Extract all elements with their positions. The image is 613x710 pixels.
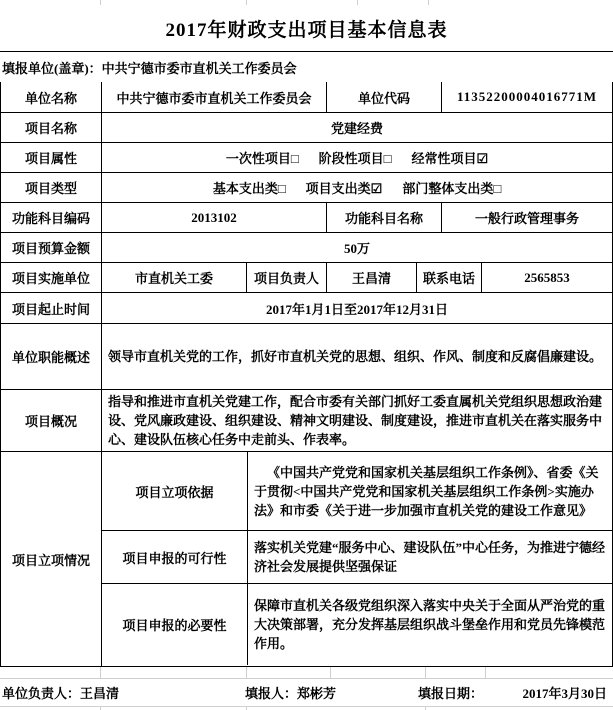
func-code-value: 2013102 <box>101 203 326 232</box>
info-table: 单位名称 中共宁德市委市直机关工作委员会 单位代码 11352200004016… <box>0 82 613 667</box>
fill-unit-label: 填报单位(盖章)： <box>2 58 102 77</box>
gridline-tick <box>246 0 247 5</box>
form-page: 2017年财政支出项目基本信息表 填报单位(盖章)： 中共宁德市委市直机关工作委… <box>0 0 613 710</box>
unit-code-value: 11352200004016771M <box>441 82 612 112</box>
func-name-label: 功能科目名称 <box>326 203 441 232</box>
gridline-tick <box>428 0 429 5</box>
checkbox-option[interactable]: 部门整体支出类□ <box>402 178 501 197</box>
basis-text: 《中国共产党党和国家机关基层组织工作条例》、省委《关于贯彻<中国共产党党和国家机… <box>252 462 608 521</box>
gridline-tick <box>425 667 426 678</box>
func-name-value: 一般行政管理事务 <box>441 203 612 232</box>
checkbox-option[interactable]: 经常性项目☑ <box>412 148 489 167</box>
gridline-tick <box>485 667 486 678</box>
leader-value: 王昌清 <box>326 263 416 292</box>
fill-unit-value: 中共宁德市委市直机关工作委员会 <box>102 58 297 77</box>
row-budget: 项目预算金额 50万 <box>1 232 612 262</box>
feasibility-text: 落实机关党建“服务中心、建设队伍”中心任务，为推进宁德经济社会发展提供坚强保证 <box>252 537 608 577</box>
row-feasibility: 项目申报的可行性 落实机关党建“服务中心、建设队伍”中心任务，为推进宁德经济社会… <box>102 530 612 583</box>
top-gridline-strip <box>0 0 613 5</box>
row-unit-name: 单位名称 中共宁德市委市直机关工作委员会 单位代码 11352200004016… <box>1 82 612 112</box>
period-label: 项目起止时间 <box>1 293 101 323</box>
unit-head-segment: 单位负责人：王昌清 <box>0 683 245 702</box>
unit-name-value: 中共宁德市委市直机关工作委员会 <box>101 82 326 112</box>
budget-value: 50万 <box>101 233 612 262</box>
filler-value: 郑彬芳 <box>297 686 336 701</box>
overview-text: 指导和推进市直机关党建工作，配合市委有关部门抓好工委直属机关党组织思想政治建设、… <box>106 391 608 450</box>
func-code-label: 功能科目编码 <box>1 203 101 232</box>
budget-label: 项目预算金额 <box>1 233 101 262</box>
row-project-attr: 项目属性 一次性项目□阶段性项目□经常性项目☑ <box>1 142 612 172</box>
impl-unit-value: 市直机关工委 <box>101 263 246 292</box>
project-name-label: 项目名称 <box>1 113 101 142</box>
necessity-label: 项目申报的必要性 <box>102 584 247 665</box>
unit-code-label: 单位代码 <box>326 82 441 112</box>
checkbox-option[interactable]: 阶段性项目□ <box>319 148 392 167</box>
basis-label: 项目立项依据 <box>102 452 247 530</box>
row-necessity: 项目申报的必要性 保障市直机关各级党组织深入落实中央关于全面从严治党的重大决策部… <box>102 583 612 665</box>
unit-head-value: 王昌清 <box>80 686 119 701</box>
filler-segment: 填报人：郑彬芳 <box>245 683 418 702</box>
gridline-tick <box>100 667 101 678</box>
row-project-type: 项目类型 基本支出类□项目支出类☑部门整体支出类□ <box>1 172 612 202</box>
basis-text-cell: 《中国共产党党和国家机关基层组织工作条例》、省委《关于贯彻<中国共产党党和国家机… <box>247 452 612 530</box>
duty-label: 单位职能概述 <box>1 324 101 389</box>
project-type-options: 基本支出类□项目支出类☑部门整体支出类□ <box>101 173 612 202</box>
gridline-tick <box>246 667 247 678</box>
overview-text-cell: 指导和推进市直机关党建工作，配合市委有关部门抓好工委直属机关党组织思想政治建设、… <box>101 390 612 451</box>
row-project-name: 项目名称 党建经费 <box>1 112 612 142</box>
date-value: 2017年3月30日 <box>493 683 613 702</box>
filler-label: 填报人： <box>245 686 297 701</box>
row-overview: 项目概况 指导和推进市直机关党建工作，配合市委有关部门抓好工委直属机关党组织思想… <box>1 389 612 451</box>
checkbox-option[interactable]: 项目支出类☑ <box>306 178 383 197</box>
row-period: 项目起止时间 2017年1月1日至2017年12月31日 <box>1 292 612 323</box>
feasibility-label: 项目申报的可行性 <box>102 531 247 583</box>
necessity-text-cell: 保障市直机关各级党组织深入落实中央关于全面从严治党的重大决策部署，充分发挥基层组… <box>247 584 612 665</box>
approval-label: 项目立项情况 <box>1 452 101 666</box>
project-attr-label: 项目属性 <box>1 143 101 172</box>
project-name-value: 党建经费 <box>101 113 612 142</box>
below-table-area: 单位负责人：王昌清 填报人：郑彬芳 填报日期： 2017年3月30日 <box>0 667 613 710</box>
row-func-subject: 功能科目编码 2013102 功能科目名称 一般行政管理事务 <box>1 202 612 232</box>
phone-value: 2565853 <box>481 263 612 292</box>
impl-unit-label: 项目实施单位 <box>1 263 101 292</box>
unit-name-label: 单位名称 <box>1 82 101 112</box>
leader-label: 项目负责人 <box>246 263 326 292</box>
signature-row: 单位负责人：王昌清 填报人：郑彬芳 填报日期： 2017年3月30日 <box>0 679 613 707</box>
title-row: 2017年财政支出项目基本信息表 <box>0 5 613 52</box>
date-label: 填报日期： <box>418 683 493 702</box>
overview-label: 项目概况 <box>1 390 101 451</box>
gridline-tick <box>357 0 358 5</box>
checkbox-option[interactable]: 一次性项目□ <box>226 148 299 167</box>
necessity-text: 保障市直机关各级党组织深入落实中央关于全面从严治党的重大决策部署，充分发挥基层组… <box>252 595 608 654</box>
row-basis: 项目立项依据 《中国共产党党和国家机关基层组织工作条例》、省委《关于贯彻<中国共… <box>102 452 612 530</box>
checkbox-option[interactable]: 基本支出类□ <box>213 178 286 197</box>
project-type-label: 项目类型 <box>1 173 101 202</box>
project-attr-options: 一次性项目□阶段性项目□经常性项目☑ <box>101 143 612 172</box>
duty-text-cell: 领导市直机关党的工作，抓好市直机关党的思想、组织、作风、制度和反腐倡廉建设。 <box>101 324 612 389</box>
blank-gridline-row <box>0 667 613 679</box>
duty-text: 领导市直机关党的工作，抓好市直机关党的思想、组织、作风、制度和反腐倡廉建设。 <box>106 346 608 367</box>
gridline-tick <box>330 667 331 678</box>
approval-subtable: 项目立项依据 《中国共产党党和国家机关基层组织工作条例》、省委《关于贯彻<中国共… <box>101 452 612 666</box>
phone-label: 联系电话 <box>416 263 481 292</box>
period-value: 2017年1月1日至2017年12月31日 <box>101 293 612 323</box>
row-impl-unit: 项目实施单位 市直机关工委 项目负责人 王昌清 联系电话 2565853 <box>1 262 612 292</box>
row-approval: 项目立项情况 项目立项依据 《中国共产党党和国家机关基层组织工作条例》、省委《关… <box>1 451 612 666</box>
gridline-tick <box>100 0 101 5</box>
row-duty: 单位职能概述 领导市直机关党的工作，抓好市直机关党的思想、组织、作风、制度和反腐… <box>1 323 612 389</box>
fill-unit-line: 填报单位(盖章)： 中共宁德市委市直机关工作委员会 <box>0 52 613 82</box>
feasibility-text-cell: 落实机关党建“服务中心、建设队伍”中心任务，为推进宁德经济社会发展提供坚强保证 <box>247 531 612 583</box>
form-title: 2017年财政支出项目基本信息表 <box>165 15 447 42</box>
unit-head-label: 单位负责人： <box>2 686 80 701</box>
